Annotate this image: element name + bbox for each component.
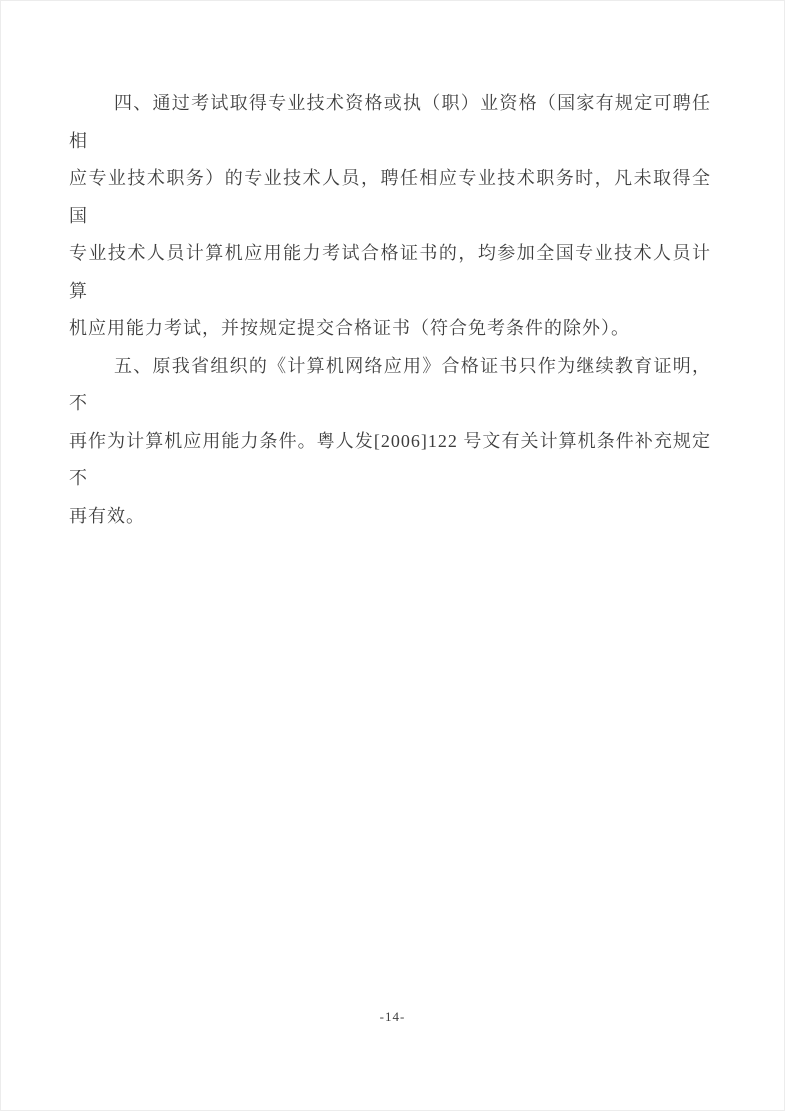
document-body: 四、通过考试取得专业技术资格或执（职）业资格（国家有规定可聘任相 应专业技术职务… — [69, 85, 711, 535]
text-line: 五、原我省组织的《计算机网络应用》合格证书只作为继续教育证明，不 — [69, 348, 711, 423]
text-line: 四、通过考试取得专业技术资格或执（职）业资格（国家有规定可聘任相 — [69, 85, 711, 160]
text-line: 再有效。 — [69, 498, 711, 536]
text-line: 专业技术人员计算机应用能力考试合格证书的，均参加全国专业技术人员计算 — [69, 235, 711, 310]
text-line: 机应用能力考试，并按规定提交合格证书（符合免考条件的除外）。 — [69, 310, 711, 348]
page-number: -14- — [1, 1009, 784, 1025]
document-page: 四、通过考试取得专业技术资格或执（职）业资格（国家有规定可聘任相 应专业技术职务… — [0, 0, 785, 1111]
text-line: 再作为计算机应用能力条件。粤人发[2006]122 号文有关计算机条件补充规定不 — [69, 423, 711, 498]
text-line: 应专业技术职务）的专业技术人员，聘任相应专业技术职务时，凡未取得全国 — [69, 160, 711, 235]
paragraph-clause-5: 五、原我省组织的《计算机网络应用》合格证书只作为继续教育证明，不 再作为计算机应… — [69, 348, 711, 536]
paragraph-clause-4: 四、通过考试取得专业技术资格或执（职）业资格（国家有规定可聘任相 应专业技术职务… — [69, 85, 711, 348]
